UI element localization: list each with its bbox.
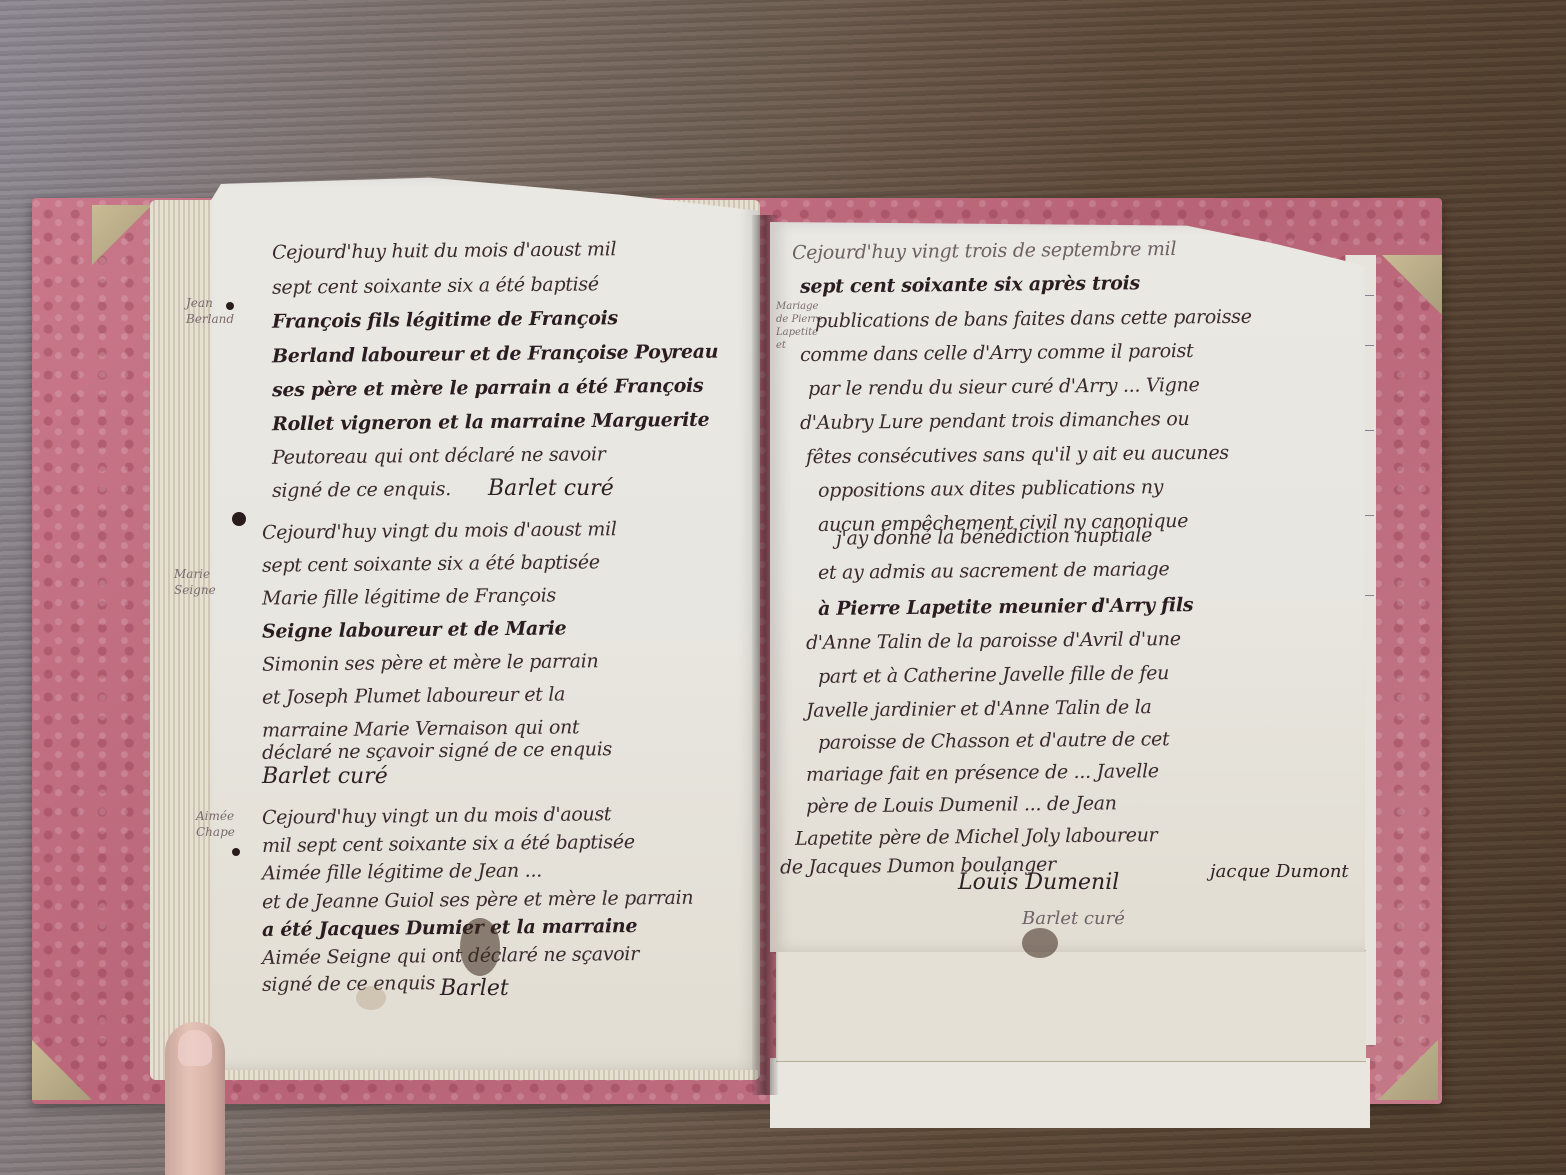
entry-2-line-3: Marie fille légitime de François	[262, 584, 556, 609]
entry-1-line-2: sept cent soixante six a été baptisé	[272, 273, 599, 298]
signature-louis-dumenil: Louis Dumenil	[958, 870, 1119, 895]
ink-blot	[232, 512, 246, 526]
entry-3-line-6: Aimée Seigne qui ont déclaré ne sçavoir	[262, 943, 639, 969]
entry-2-line-6: et Joseph Plumet laboureur et la	[262, 683, 565, 708]
marriage-line-13: d'Anne Talin de la paroisse d'Avril d'un…	[806, 628, 1181, 654]
entry-1-line-5: ses père et mère le parrain a été Franço…	[272, 375, 704, 402]
signature-jacque-dumont: jacque Dumont	[1210, 860, 1350, 884]
entry-1-line-4: Berland laboureur et de Françoise Poyrea…	[272, 341, 718, 368]
entry-3-line-5: a été Jacques Dumier et la marraine	[262, 915, 637, 941]
entry-3-line-2: mil sept cent soixante six a été baptisé…	[262, 831, 635, 857]
entry-3-line-7: signé de ce enquis	[262, 972, 435, 996]
ink-blot	[232, 848, 240, 856]
entry-3-line-1: Cejourd'huy vingt un du mois d'aoust	[262, 803, 611, 829]
marriage-line-3: publications de bans faites dans cette p…	[815, 306, 1252, 333]
marriage-line-12: à Pierre Lapetite meunier d'Arry fils	[818, 594, 1193, 620]
marriage-line-5: par le rendu du sieur curé d'Arry ... Vi…	[808, 374, 1200, 400]
signature-priest: Barlet	[440, 976, 509, 1001]
marriage-line-6: d'Aubry Lure pendant trois dimanches ou	[800, 408, 1190, 434]
entry-2-line-4: Seigne laboureur et de Marie	[262, 617, 567, 642]
marriage-line-18: père de Louis Dumenil ... de Jean	[806, 792, 1117, 817]
entry-2-line-1: Cejourd'huy vingt du mois d'aoust mil	[262, 518, 617, 544]
marriage-line-10: j'ay donné la bénédiction nuptiale	[836, 524, 1152, 549]
ink-blot	[226, 302, 234, 310]
entry-1-line-3: François fils légitime de François	[272, 307, 618, 333]
marriage-line-2: sept cent soixante six après trois	[800, 272, 1140, 298]
entry-1-line-1: Cejourd'huy huit du mois d'aoust mil	[272, 238, 616, 264]
margin-note-entry-2: Marie Seigne	[174, 566, 216, 598]
marriage-line-19: Lapetite père de Michel Joly laboureur	[795, 824, 1158, 850]
marriage-line-7: fêtes consécutives sans qu'il y ait eu a…	[806, 442, 1229, 468]
fingernail	[178, 1030, 212, 1066]
signature-priest: Barlet curé	[262, 764, 388, 789]
ink-stain	[356, 986, 386, 1010]
marriage-line-4: comme dans celle d'Arry comme il paroist	[800, 340, 1194, 366]
marriage-line-11: et ay admis au sacrement de mariage	[818, 558, 1170, 584]
ink-stain	[460, 918, 500, 976]
marriage-line-16: paroisse de Chasson et d'autre de cet	[818, 728, 1170, 754]
marriage-line-15: Javelle jardinier et d'Anne Talin de la	[806, 696, 1152, 722]
folded-sheet	[776, 950, 1366, 1062]
marriage-line-14: part et à Catherine Javelle fille de feu	[818, 662, 1169, 688]
entry-1-line-8: signé de ce enquis.	[272, 478, 451, 502]
folded-sheet-lower	[770, 1058, 1370, 1128]
entry-2-line-7: marraine Marie Vernaison qui ont	[262, 716, 580, 741]
marriage-line-1: Cejourd'huy vingt trois de septembre mil	[792, 238, 1176, 264]
entry-3-line-4: et de Jeanne Guiol ses père et mère le p…	[262, 887, 694, 914]
entry-2-line-8: déclaré ne sçavoir signé de ce enquis	[262, 738, 612, 764]
entry-1-line-6: Rollet vigneron et la marraine Marguerit…	[272, 409, 710, 436]
entry-3-line-3: Aimée fille légitime de Jean ...	[262, 860, 542, 885]
signature-priest: Barlet curé	[1022, 908, 1125, 929]
entry-2-line-2: sept cent soixante six a été baptisée	[262, 551, 600, 577]
signature-priest: Barlet curé	[488, 476, 614, 501]
marriage-line-17: mariage fait en présence de ... Javelle	[806, 760, 1159, 786]
ink-stain	[1022, 928, 1058, 958]
entry-2-line-5: Simonin ses père et mère le parrain	[262, 650, 599, 676]
marriage-line-8: oppositions aux dites publications ny	[818, 476, 1163, 502]
entry-1-line-7: Peutoreau qui ont déclaré ne savoir	[272, 443, 606, 468]
margin-note-entry-3: Aimée Chape	[196, 808, 235, 840]
margin-note-entry-1: Jean Berland	[186, 295, 234, 327]
